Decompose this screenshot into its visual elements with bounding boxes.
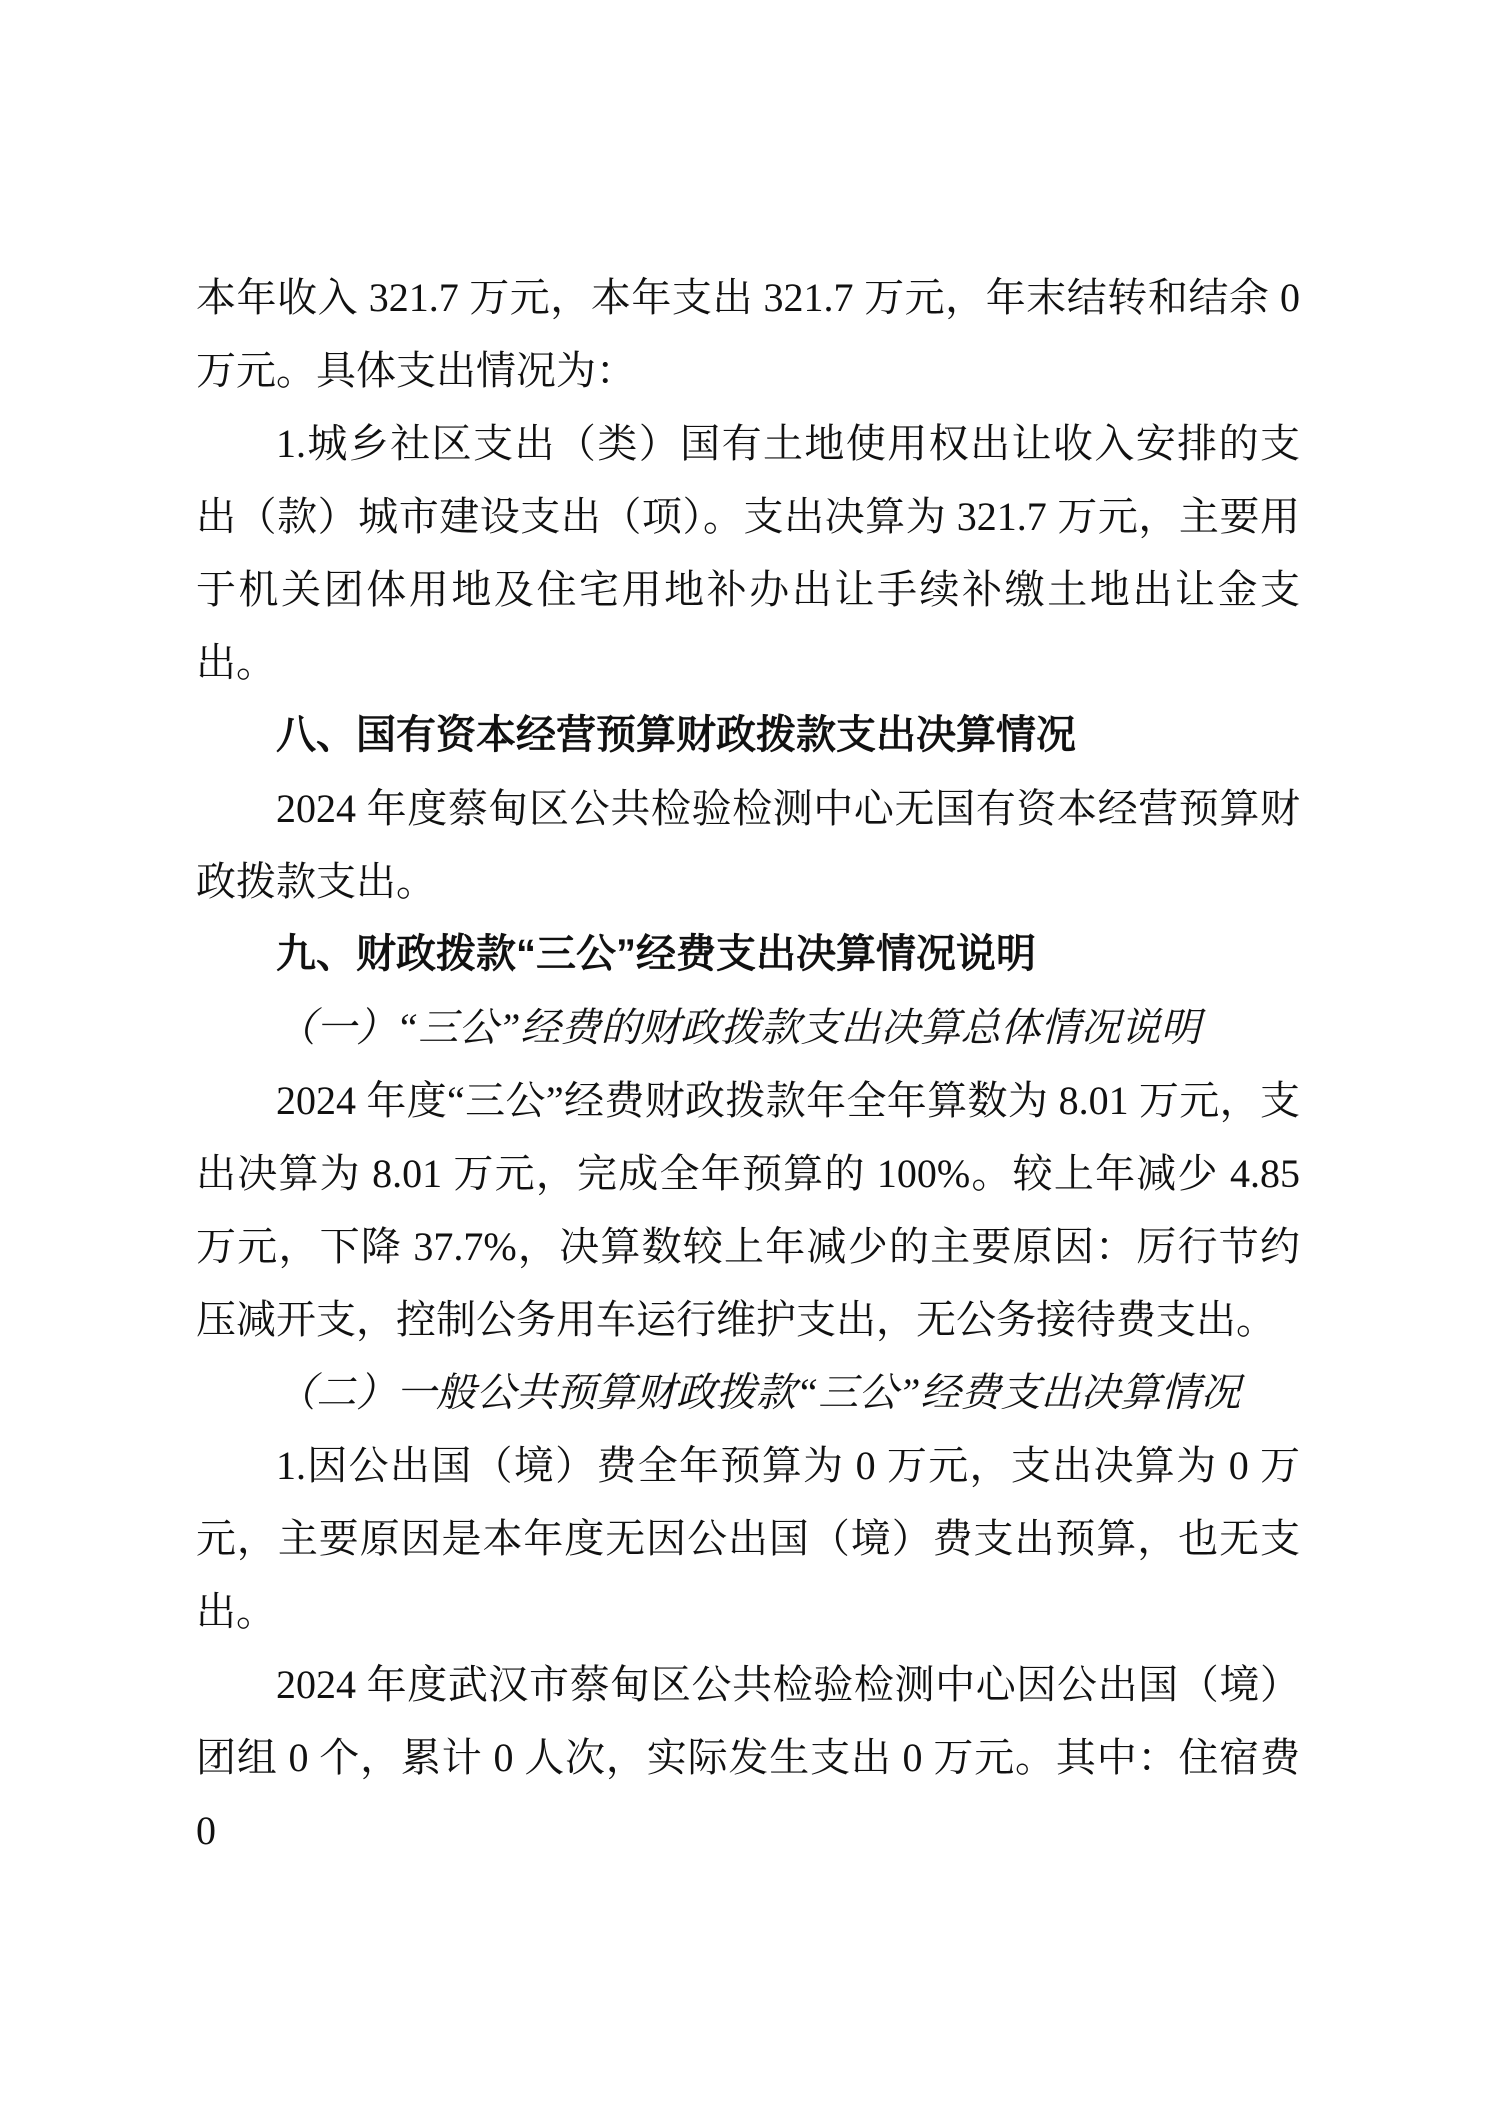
para-no-state-capital-expenditure: 2024 年度蔡甸区公共检验检测中心无国有资本经营预算财政拨款支出。: [196, 772, 1300, 918]
document-text-block: 本年收入 321.7 万元，本年支出 321.7 万元，年末结转和结余 0 万元…: [196, 261, 1300, 1867]
para-overseas-travel-groups: 2024 年度武汉市蔡甸区公共检验检测中心因公出国（境）团组 0 个，累计 0 …: [196, 1648, 1300, 1867]
para-urban-community-expenditure: 1.城乡社区支出（类）国有土地使用权出让收入安排的支出（款）城市建设支出（项）。…: [196, 407, 1300, 699]
subheading-2-general-public-budget: （二）一般公共预算财政拨款“三公”经费支出决算情况: [196, 1356, 1300, 1429]
document-page: 本年收入 321.7 万元，本年支出 321.7 万元，年末结转和结余 0 万元…: [0, 0, 1486, 2103]
para-annual-income-summary: 本年收入 321.7 万元，本年支出 321.7 万元，年末结转和结余 0 万元…: [196, 261, 1300, 407]
subheading-1-overall-situation: （一）“三公”经费的财政拨款支出决算总体情况说明: [196, 991, 1300, 1064]
para-overseas-travel-budget: 1.因公出国（境）费全年预算为 0 万元，支出决算为 0 万元，主要原因是本年度…: [196, 1429, 1300, 1648]
heading-section-8-state-capital-budget: 八、国有资本经营预算财政拨款支出决算情况: [196, 699, 1300, 772]
heading-section-9-three-public-funds: 九、财政拨款“三公”经费支出决算情况说明: [196, 918, 1300, 991]
para-three-public-funds-summary: 2024 年度“三公”经费财政拨款年全年算数为 8.01 万元，支出决算为 8.…: [196, 1064, 1300, 1356]
